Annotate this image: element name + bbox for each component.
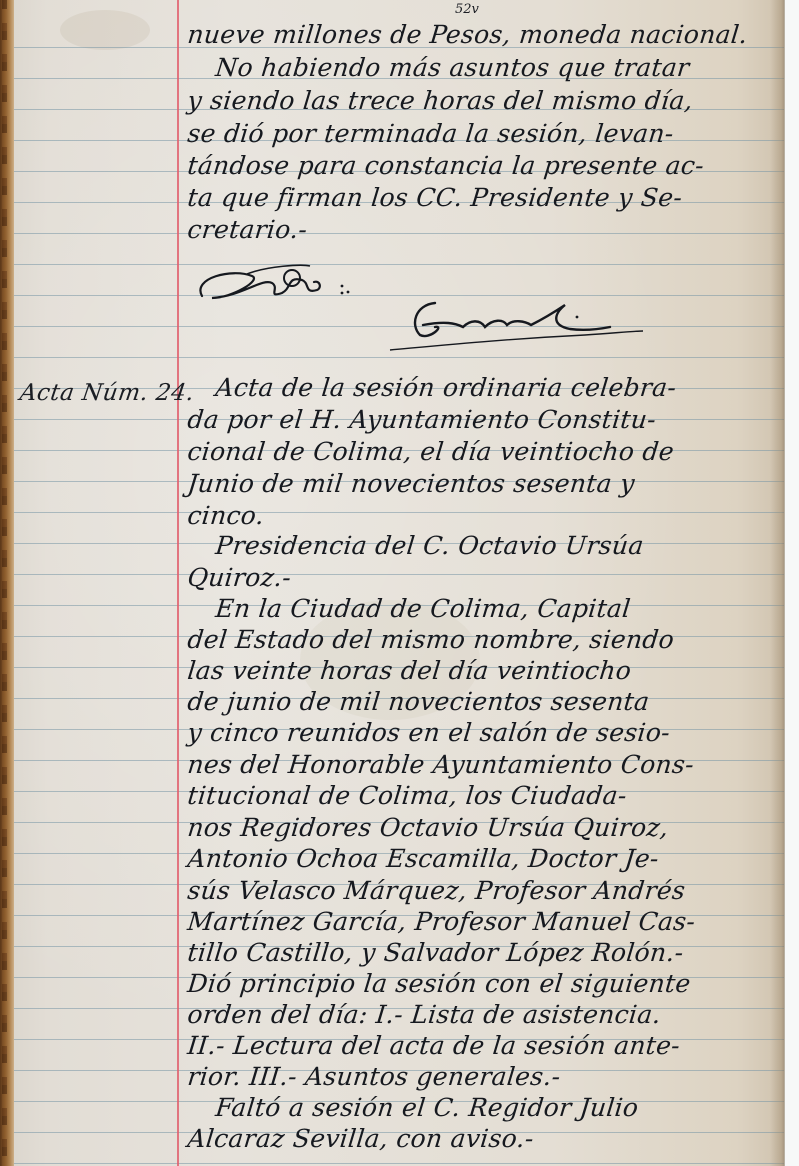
handwritten-line: nueve millones de Pesos, moneda nacional… — [186, 19, 774, 50]
act-heading-line: Junio de mil novecientos sesenta y — [186, 468, 774, 499]
body-line: nes del Honorable Ayuntamiento Cons- — [186, 749, 774, 780]
margin-note-act-number: Acta Núm. 24. — [18, 380, 196, 406]
handwritten-line: y siendo las trece horas del mismo día, — [186, 85, 774, 116]
body-line: II.- Lectura del acta de la sesión ante- — [186, 1030, 774, 1061]
presidency-line: Presidencia del C. Octavio Ursúa — [186, 530, 774, 561]
body-line: sús Velasco Márquez, Profesor Andrés — [186, 875, 774, 906]
body-line: En la Ciudad de Colima, Capital — [186, 593, 774, 624]
folio-number: 52v — [455, 2, 479, 17]
signature-presidente — [192, 258, 372, 308]
handwritten-line: tándose para constancia la presente ac- — [186, 150, 774, 181]
red-margin-line — [177, 0, 179, 1166]
act-heading-line: da por el H. Ayuntamiento Constitu- — [186, 404, 774, 435]
body-line: Antonio Ochoa Escamilla, Doctor Je- — [186, 843, 774, 874]
absence-line: Faltó a sesión el C. Regidor Julio — [186, 1092, 774, 1123]
handwritten-line: ta que firman los CC. Presidente y Se- — [186, 182, 774, 213]
body-line: Dió principio la sesión con el siguiente — [186, 968, 774, 999]
act-heading-line: cinco. — [186, 500, 774, 531]
body-line: y cinco reunidos en el salón de sesio- — [186, 717, 774, 748]
act-heading-line: Acta de la sesión ordinaria celebra- — [186, 372, 774, 403]
act-heading-line: cional de Colima, el día veintiocho de — [186, 436, 774, 467]
body-line: de junio de mil novecientos sesenta — [186, 686, 774, 717]
body-line: del Estado del mismo nombre, siendo — [186, 624, 774, 655]
presidency-line: Quiroz.- — [186, 562, 774, 593]
body-line: las veinte horas del día veintiocho — [186, 655, 774, 686]
handwritten-line: No habiendo más asuntos que tratar — [186, 52, 774, 83]
ledger-page: 52v nueve millones de Pesos, moneda naci… — [0, 0, 784, 1166]
handwritten-line: cretario.- — [186, 214, 774, 245]
handwritten-line: se dió por terminada la sesión, levan- — [186, 118, 774, 149]
body-line: tillo Castillo, y Salvador López Rolón.- — [186, 937, 774, 968]
body-line: orden del día: I.- Lista de asistencia. — [186, 999, 774, 1030]
body-line: nos Regidores Octavio Ursúa Quiroz, — [186, 812, 774, 843]
adjacent-page-edge — [784, 0, 799, 1166]
body-line: titucional de Colima, los Ciudada- — [186, 780, 774, 811]
signature-secretario — [385, 295, 645, 355]
document-photo: 52v nueve millones de Pesos, moneda naci… — [0, 0, 799, 1166]
body-line: rior. III.- Asuntos generales.- — [186, 1061, 774, 1092]
body-line: Martínez García, Profesor Manuel Cas- — [186, 906, 774, 937]
absence-line: Alcaraz Sevilla, con aviso.- — [186, 1123, 774, 1154]
book-binding-edge — [0, 0, 14, 1166]
